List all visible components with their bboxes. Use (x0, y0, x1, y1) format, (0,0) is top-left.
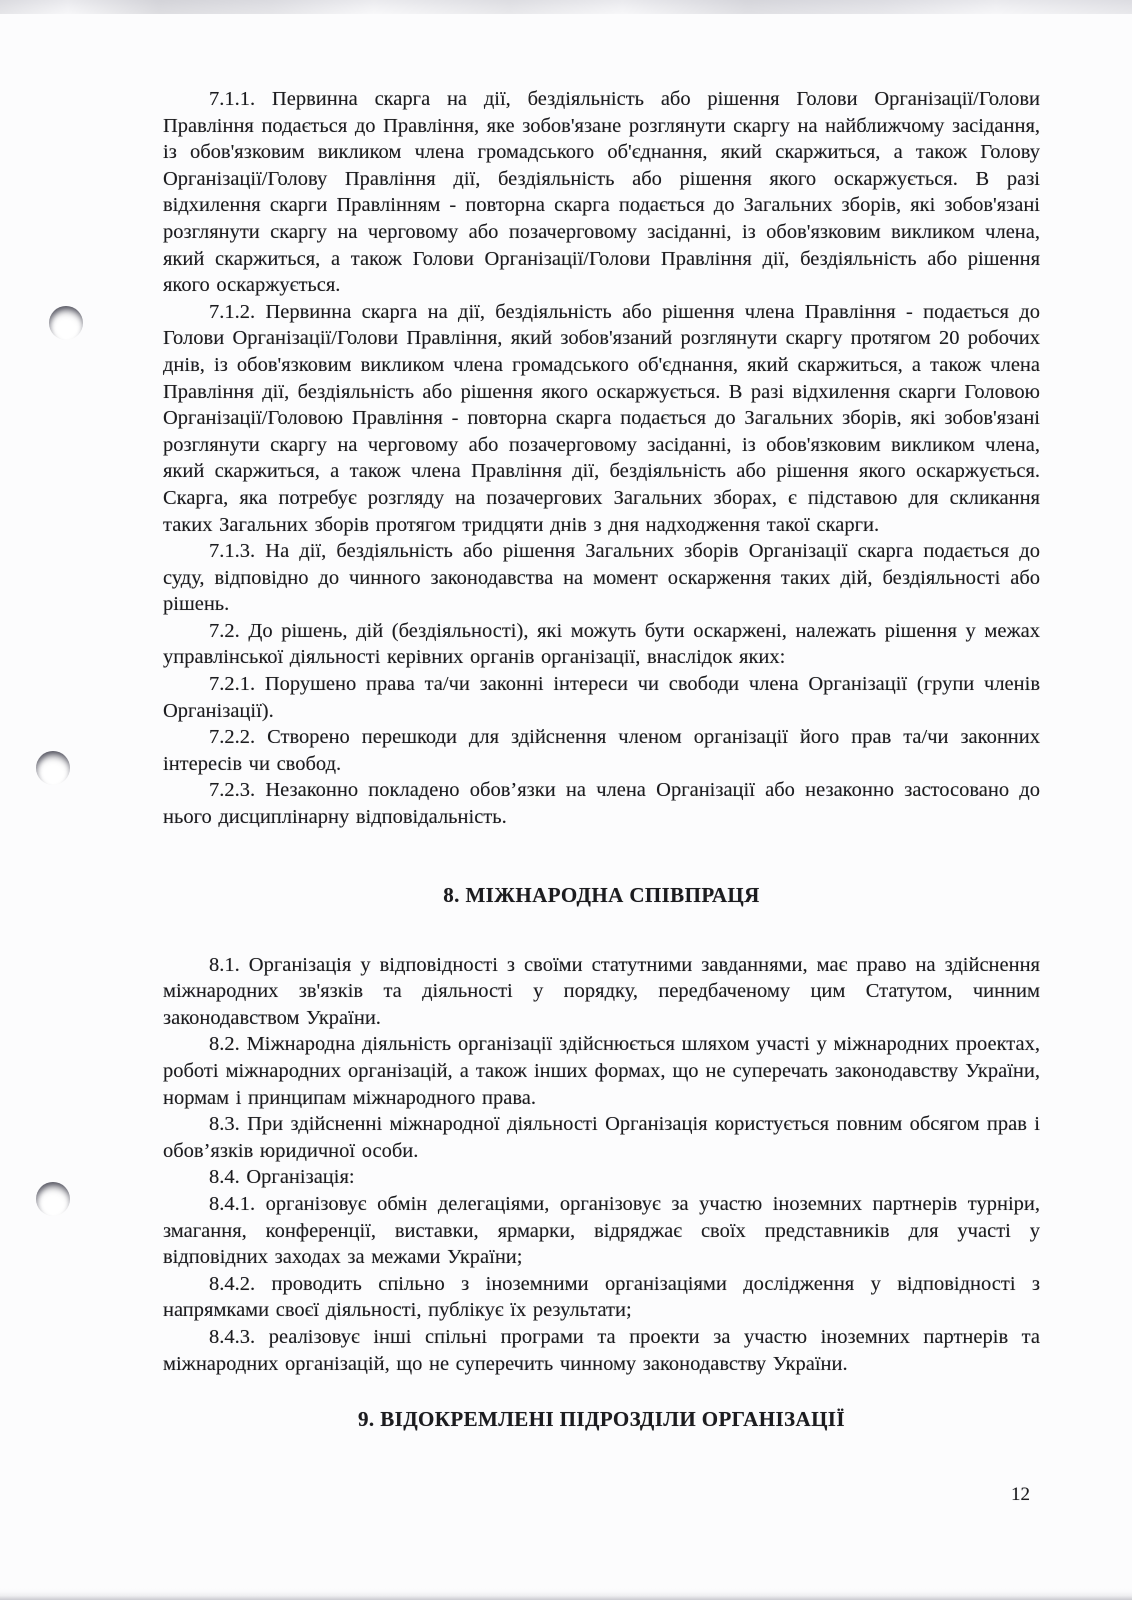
page-number: 12 (1011, 1484, 1030, 1506)
paragraph-8-4-1: 8.4.1. організовує обмін делегаціями, ор… (163, 1191, 1040, 1271)
scan-artifact-top-edge (0, 0, 1132, 14)
paragraph-8-4: 8.4. Організація: (163, 1164, 1040, 1191)
paragraph-7-2-1: 7.2.1. Порушено права та/чи законні інте… (163, 671, 1040, 724)
section-9-heading: 9. ВІДОКРЕМЛЕНІ ПІДРОЗДІЛИ ОРГАНІЗАЦІЇ (163, 1407, 1040, 1432)
paragraph-8-2: 8.2. Міжнародна діяльність організації з… (163, 1031, 1040, 1111)
paragraph-7-1-1: 7.1.1. Первинна скарга на дії, бездіяльн… (163, 86, 1040, 299)
punch-hole (49, 306, 83, 340)
paragraph-8-1: 8.1. Організація у відповідності з своїм… (163, 952, 1040, 1032)
paragraph-8-3: 8.3. При здійсненні міжнародної діяльнос… (163, 1111, 1040, 1164)
scanned-document-page: 7.1.1. Первинна скарга на дії, бездіяльн… (0, 0, 1132, 1600)
paragraph-8-4-3: 8.4.3. реалізовує інші спільні програми … (163, 1324, 1040, 1377)
paragraph-7-2: 7.2. До рішень, дій (бездіяльності), які… (163, 618, 1040, 671)
document-body: 7.1.1. Первинна скарга на дії, бездіяльн… (163, 86, 1040, 1432)
paragraph-7-1-2: 7.1.2. Первинна скарга на дії, бездіяльн… (163, 299, 1040, 538)
punch-hole (36, 1182, 70, 1216)
punch-hole (36, 751, 70, 785)
paragraph-8-4-2: 8.4.2. проводить спільно з іноземними ор… (163, 1271, 1040, 1324)
paragraph-7-2-2: 7.2.2. Створено перешкоди для здійснення… (163, 724, 1040, 777)
section-8-heading: 8. МІЖНАРОДНА СПІВПРАЦЯ (163, 883, 1040, 908)
scan-artifact-bottom-edge (0, 1588, 1132, 1600)
paragraph-7-1-3: 7.1.3. На дії, бездіяльність або рішення… (163, 538, 1040, 618)
paragraph-7-2-3: 7.2.3. Незаконно покладено обов’язки на … (163, 777, 1040, 830)
